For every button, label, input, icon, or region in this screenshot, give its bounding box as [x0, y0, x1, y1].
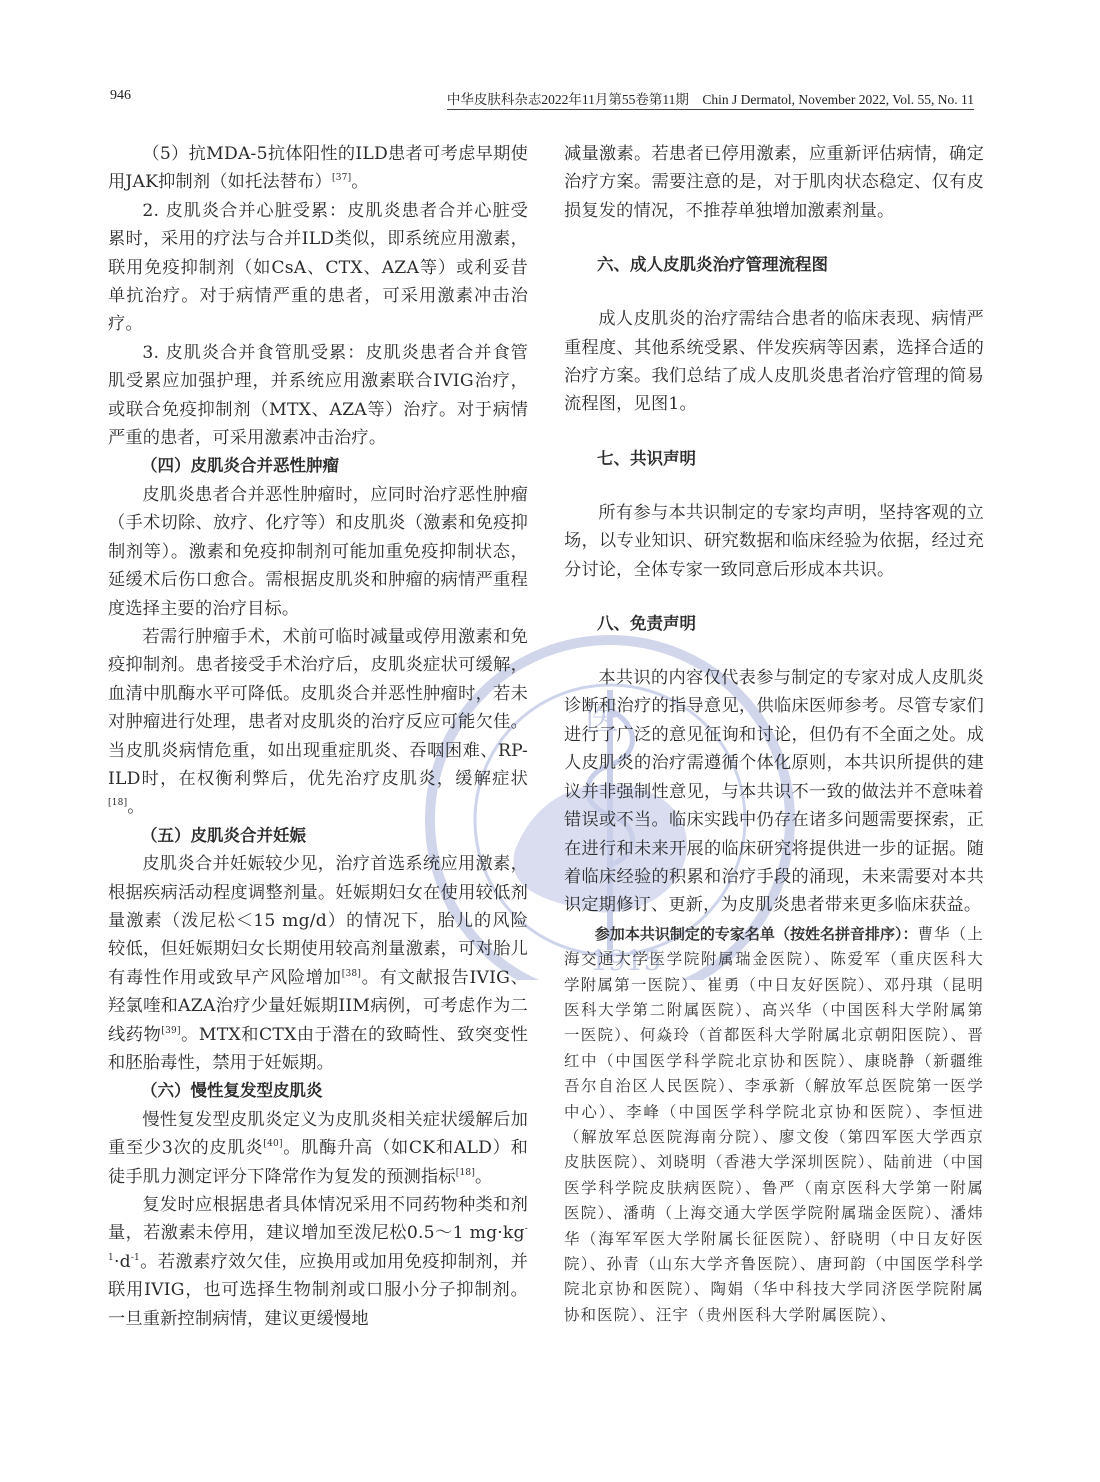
- right-column: 减量激素。若患者已停用激素，应重新评估病情，确定治疗方案。需要注意的是，对于肌肉…: [564, 140, 984, 1328]
- paragraph: 本共识的内容仅代表参与制定的专家对成人皮肌炎诊断和治疗的指导意见，供临床医师参考…: [564, 664, 984, 920]
- paragraph: 3. 皮肌炎合并食管肌受累：皮肌炎患者合并食管肌受累应加强护理，并系统应用激素联…: [108, 339, 528, 453]
- paragraph: 2. 皮肌炎合并心脏受累：皮肌炎患者合并心脏受累时，采用的疗法与合并ILD类似，…: [108, 197, 528, 339]
- page-header: 946 中华皮肤科杂志2022年11月第55卷第11期 Chin J Derma…: [110, 88, 974, 110]
- subheading: （五）皮肌炎合并妊娠: [108, 822, 528, 850]
- section-heading: 七、共识声明: [564, 445, 984, 473]
- paragraph: 若需行肿瘤手术，术前可临时减量或停用激素和免疫抑制剂。患者接受手术治疗后，皮肌炎…: [108, 623, 528, 822]
- paragraph: 减量激素。若患者已停用激素，应重新评估病情，确定治疗方案。需要注意的是，对于肌肉…: [564, 140, 984, 225]
- expert-list: 参加本共识制定的专家名单（按姓名拼音排序）：曹华（上海交通大学医学院附属瑞金医院…: [564, 922, 984, 1329]
- paragraph: 复发时应根据患者具体情况采用不同药物种类和剂量，若激素未停用，建议增加至泼尼松0…: [108, 1191, 528, 1333]
- expert-list-names: 曹华（上海交通大学医学院附属瑞金医院）、陈爱军（重庆医科大学附属第一医院）、崔勇…: [564, 925, 984, 1324]
- section-heading: 八、免责声明: [564, 610, 984, 638]
- paragraph: 成人皮肌炎的治疗需结合患者的临床表现、病情严重程度、其他系统受累、伴发疾病等因素…: [564, 305, 984, 419]
- subheading: （六）慢性复发型皮肌炎: [108, 1077, 528, 1105]
- paragraph: 所有参与本共识制定的专家均声明，坚持客观的立场，以专业知识、研究数据和临床经验为…: [564, 499, 984, 584]
- left-column: （5）抗MDA-5抗体阳性的ILD患者可考虑早期使用JAK抑制剂（如托法替布）[…: [108, 140, 528, 1333]
- paragraph: 皮肌炎合并妊娠较少见，治疗首选系统应用激素，根据疾病活动程度调整剂量。妊娠期妇女…: [108, 850, 528, 1077]
- paragraph: 皮肌炎患者合并恶性肿瘤时，应同时治疗恶性肿瘤（手术切除、放疗、化疗等）和皮肌炎（…: [108, 481, 528, 623]
- paragraph: 慢性复发型皮肌炎定义为皮肌炎相关症状缓解后加重至少3次的皮肌炎[40]。肌酶升高…: [108, 1106, 528, 1191]
- expert-list-lead: 参加本共识制定的专家名单（按姓名拼音排序）：: [595, 925, 918, 943]
- subheading: （四）皮肌炎合并恶性肿瘤: [108, 452, 528, 480]
- paragraph: （5）抗MDA-5抗体阳性的ILD患者可考虑早期使用JAK抑制剂（如托法替布）[…: [108, 140, 528, 197]
- page-number: 946: [110, 88, 131, 104]
- running-head: 中华皮肤科杂志2022年11月第55卷第11期 Chin J Dermatol,…: [447, 88, 974, 110]
- section-heading: 六、成人皮肌炎治疗管理流程图: [564, 251, 984, 279]
